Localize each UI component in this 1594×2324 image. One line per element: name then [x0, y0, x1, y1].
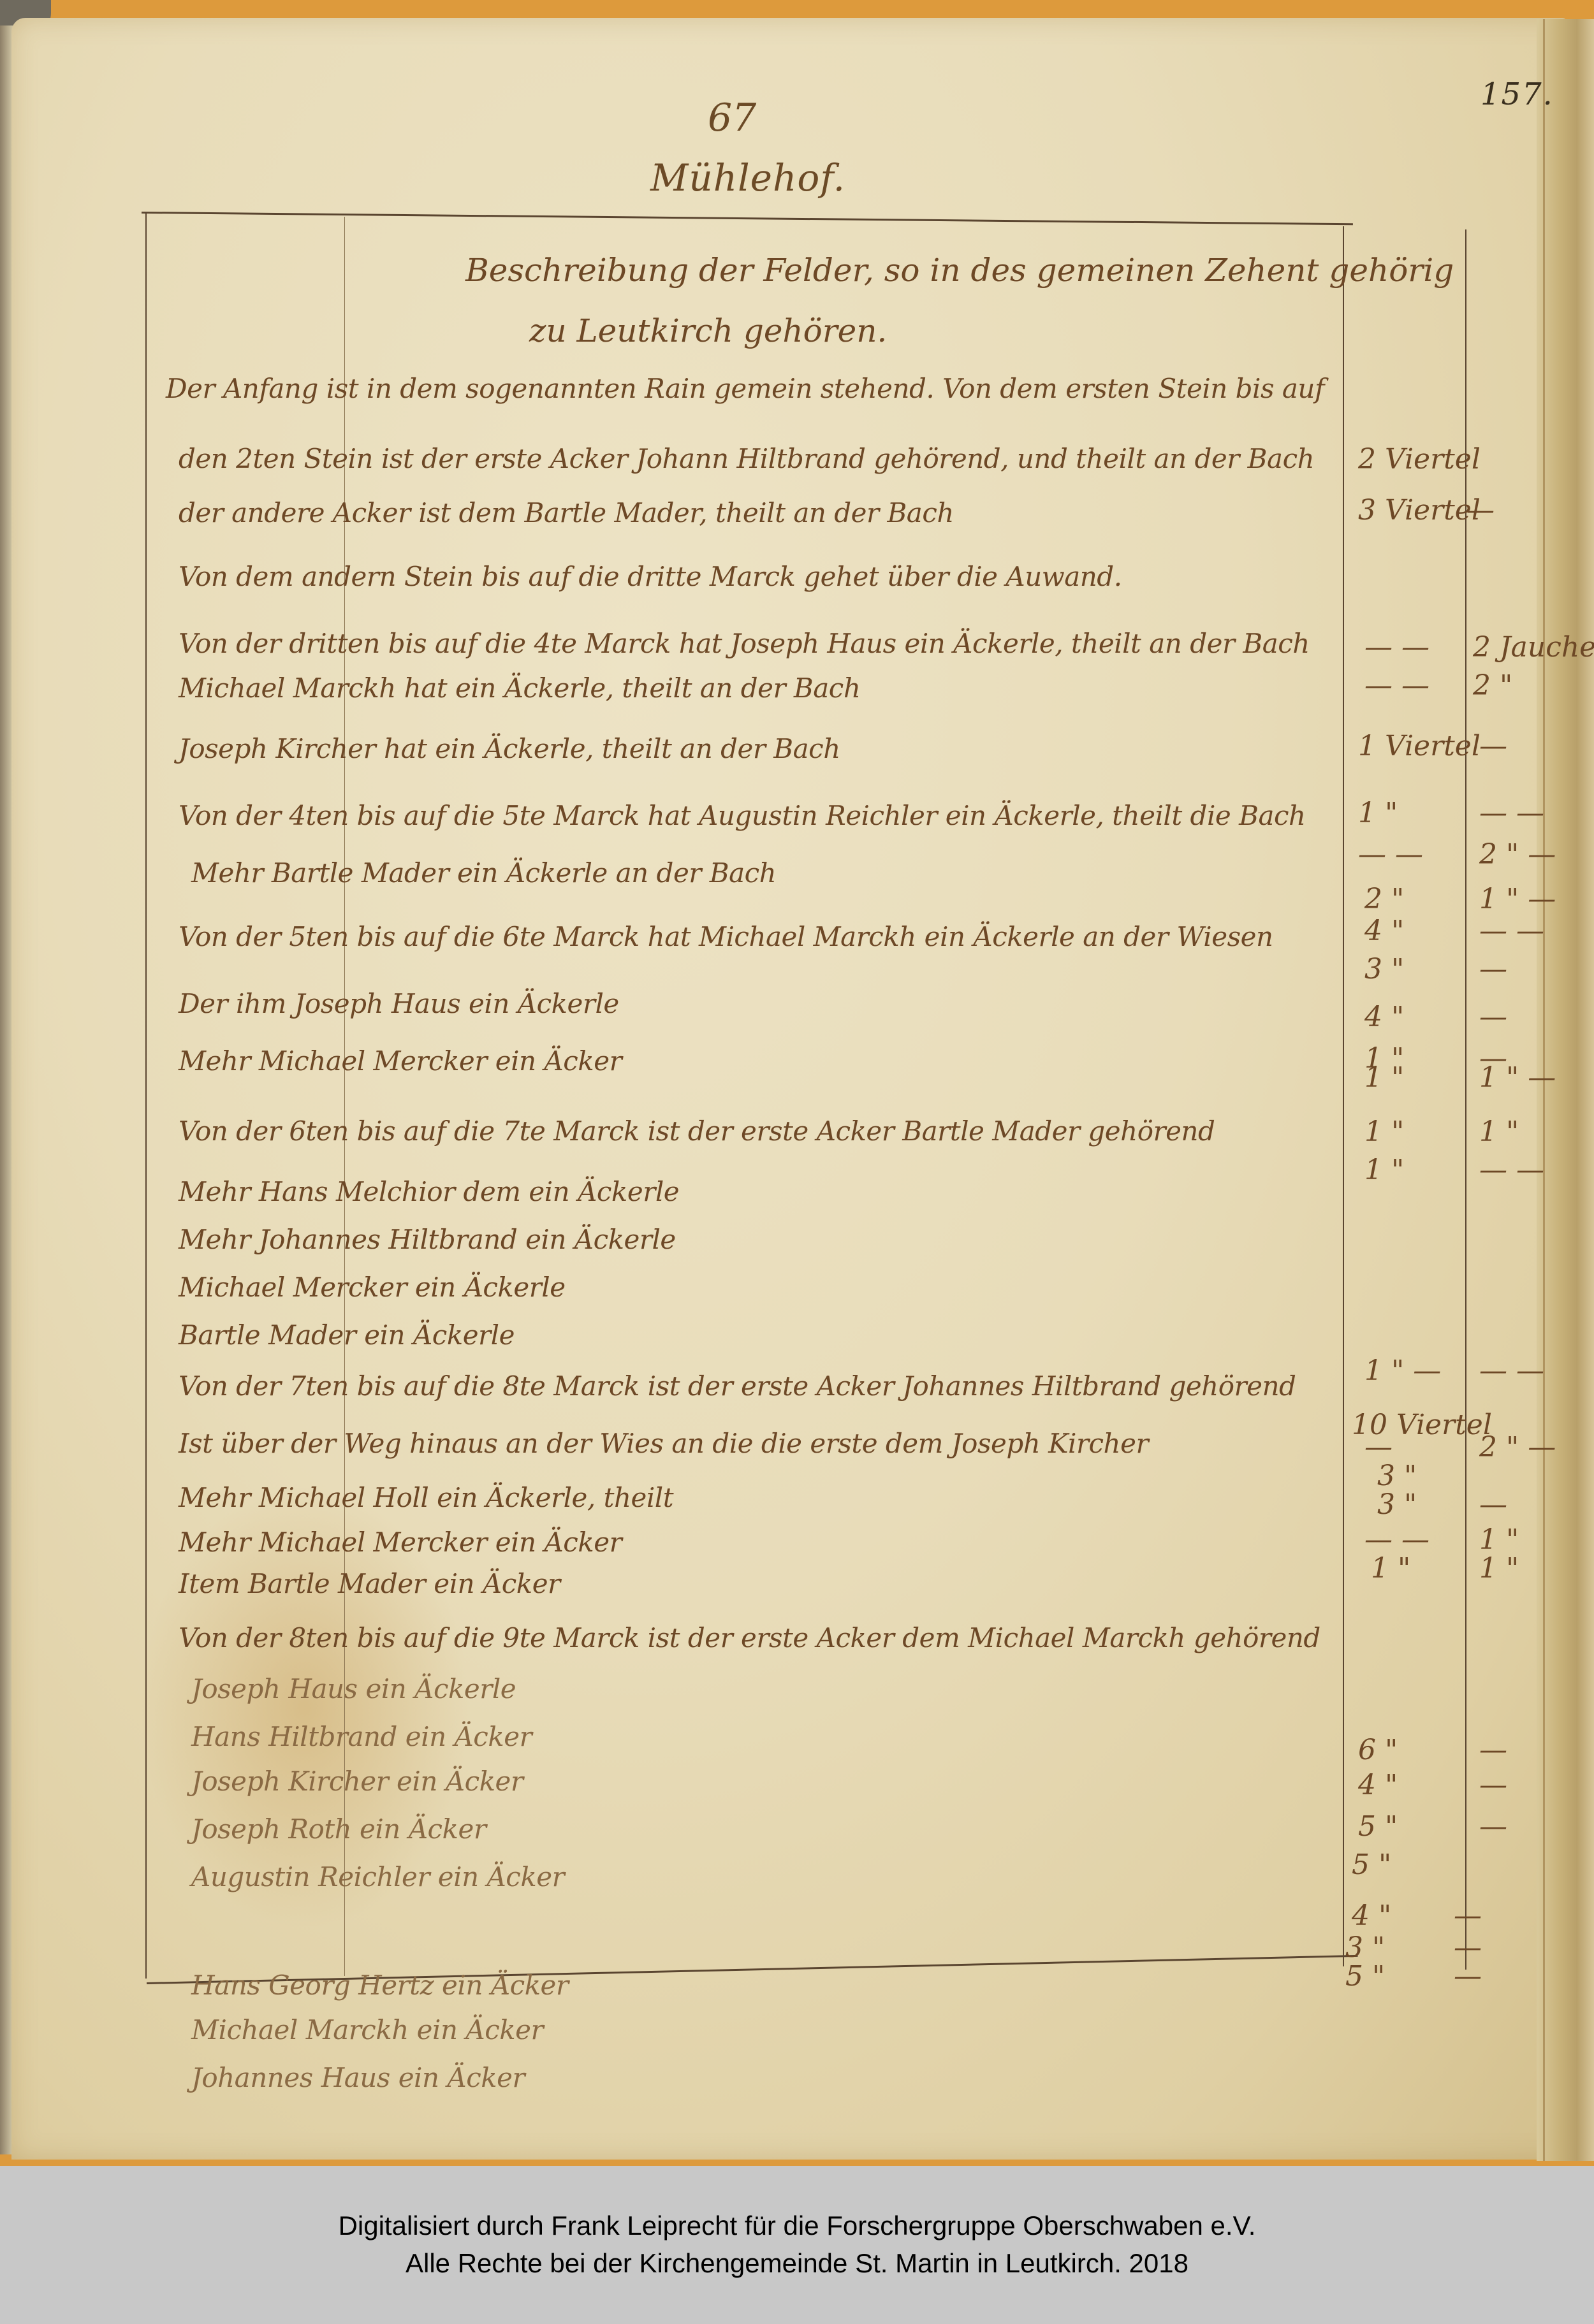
row-measure: 2 Jauchert: [1473, 631, 1594, 664]
table-row: Der Anfang ist in dem sogenannten Rain g…: [166, 373, 1324, 404]
row-quantity: 2 Viertel: [1358, 443, 1481, 476]
table-row: Der ihm Joseph Haus ein Äckerle: [179, 988, 619, 1019]
table-row: Mehr Bartle Mader ein Äckerle an der Bac…: [191, 857, 776, 889]
table-heading-line-2: zu Leutkirch gehören.: [529, 312, 887, 349]
table-row: Von der 5ten bis auf die 6te Marck hat M…: [179, 921, 1273, 952]
row-quantity: 4 ": [1358, 1769, 1398, 1801]
row-measure: 1 " —: [1479, 883, 1556, 915]
row-measure: —: [1479, 953, 1507, 985]
table-row: Mehr Michael Mercker ein Äcker: [179, 1045, 622, 1077]
quantity-column-rule: [1343, 226, 1344, 1966]
row-quantity: 5 ": [1358, 1810, 1398, 1843]
row-quantity: 1 ": [1371, 1552, 1410, 1585]
row-quantity: 3 ": [1364, 953, 1404, 985]
table-row: Johannes Haus ein Äcker: [191, 2062, 525, 2093]
row-measure: —: [1479, 1810, 1507, 1843]
row-quantity: — —: [1358, 838, 1423, 871]
row-measure: — —: [1479, 915, 1544, 947]
row-measure: 1 " —: [1479, 1061, 1556, 1094]
credit-caption: Digitalisiert durch Frank Leiprecht für …: [0, 2166, 1594, 2324]
row-measure: —: [1454, 1931, 1482, 1964]
row-quantity: 4 ": [1364, 1001, 1404, 1033]
row-quantity: 4 ": [1364, 915, 1404, 947]
table-row: Hans Hiltbrand ein Äcker: [191, 1721, 532, 1752]
row-quantity: 1 " —: [1364, 1354, 1441, 1387]
table-row: Joseph Haus ein Äckerle: [191, 1673, 516, 1704]
row-measure: —: [1479, 1001, 1507, 1033]
table-row: den 2ten Stein ist der erste Acker Johan…: [179, 443, 1314, 474]
table-row: Bartle Mader ein Äckerle: [179, 1319, 515, 1351]
row-measure: 2 " —: [1479, 1431, 1556, 1463]
description-left-rule: [344, 217, 345, 1976]
margin-column-rule: [145, 213, 147, 1979]
row-quantity: — —: [1364, 631, 1429, 664]
row-quantity: 2 ": [1364, 883, 1404, 915]
table-row: Von dem andern Stein bis auf die dritte …: [179, 561, 1122, 592]
manuscript-photo: 157. 67 Mühlehof. Beschreibung der Felde…: [0, 0, 1594, 2166]
table-row: Mehr Johannes Hiltbrand ein Äckerle: [179, 1224, 676, 1255]
table-row: Von der dritten bis auf die 4te Marck ha…: [179, 628, 1310, 659]
row-measure: —: [1479, 1488, 1507, 1521]
table-row: Joseph Kircher ein Äcker: [191, 1766, 523, 1797]
table-row: Von der 6ten bis auf die 7te Marck ist d…: [179, 1115, 1215, 1147]
row-measure: — —: [1479, 1154, 1544, 1186]
folio-number: 157.: [1481, 76, 1554, 112]
table-row: Ist über der Weg hinaus an der Wies an d…: [179, 1428, 1148, 1459]
table-row: Item Bartle Mader ein Äcker: [179, 1568, 560, 1599]
table-row: der andere Acker ist dem Bartle Mader, t…: [179, 497, 954, 528]
table-heading-line-1: Beschreibung der Felder, so in des gemei…: [465, 252, 1454, 289]
row-measure: —: [1454, 1899, 1482, 1932]
table-row: Von der 7ten bis auf die 8te Marck ist d…: [179, 1370, 1296, 1402]
table-row: Augustin Reichler ein Äcker: [191, 1861, 564, 1892]
credit-line-1: Digitalisiert durch Frank Leiprecht für …: [339, 2207, 1256, 2245]
row-quantity: 1 ": [1364, 1061, 1404, 1094]
table-row: Mehr Michael Mercker ein Äcker: [179, 1527, 622, 1558]
row-quantity: 5 ": [1352, 1848, 1391, 1881]
row-measure: 1 ": [1479, 1115, 1519, 1148]
table-row: Joseph Roth ein Äcker: [191, 1813, 486, 1845]
measure-column-rule: [1465, 229, 1466, 1970]
row-quantity: 4 ": [1352, 1899, 1391, 1932]
row-quantity: — —: [1364, 669, 1429, 702]
table-row: Michael Marckh ein Äcker: [191, 2014, 543, 2045]
row-measure: —: [1479, 1734, 1507, 1766]
row-quantity: 1 Viertel: [1358, 730, 1481, 762]
row-quantity: 1 ": [1358, 797, 1398, 829]
row-measure: 2 " —: [1479, 838, 1556, 871]
table-row: Von der 4ten bis auf die 5te Marck hat A…: [179, 800, 1306, 831]
row-measure: — —: [1479, 1354, 1544, 1387]
row-quantity: 5 ": [1345, 1960, 1385, 1993]
row-measure: —: [1466, 494, 1495, 527]
row-quantity: 3 ": [1377, 1460, 1417, 1492]
row-quantity: 3 Viertel: [1358, 494, 1481, 527]
row-measure: 2 ": [1473, 669, 1512, 702]
row-measure: 1 ": [1479, 1552, 1519, 1585]
place-title: Mühlehof.: [650, 156, 845, 200]
row-quantity: 1 ": [1364, 1154, 1404, 1186]
table-row: Mehr Hans Melchior dem ein Äckerle: [179, 1176, 679, 1207]
row-quantity: — —: [1364, 1523, 1429, 1556]
table-row: Michael Marckh hat ein Äckerle, theilt a…: [179, 672, 860, 704]
row-measure: 1 ": [1479, 1523, 1519, 1556]
credit-line-2: Alle Rechte bei der Kirchengemeinde St. …: [406, 2245, 1188, 2283]
row-quantity: 3 ": [1377, 1488, 1417, 1521]
row-quantity: —: [1364, 1431, 1393, 1463]
row-quantity: 6 ": [1358, 1734, 1398, 1766]
row-measure: —: [1454, 1960, 1482, 1993]
row-measure: —: [1479, 1769, 1507, 1801]
table-row: Von der 8ten bis auf die 9te Marck ist d…: [179, 1622, 1320, 1653]
row-measure: — —: [1479, 797, 1544, 829]
row-quantity: 1 ": [1364, 1115, 1404, 1148]
row-measure: —: [1479, 730, 1507, 762]
sheet-number: 67: [708, 96, 756, 140]
table-row: Michael Mercker ein Äckerle: [179, 1272, 566, 1303]
table-row: Joseph Kircher hat ein Äckerle, theilt a…: [179, 733, 840, 764]
table-row: Mehr Michael Holl ein Äckerle, theilt: [179, 1482, 673, 1513]
table-row: Hans Georg Hertz ein Äcker: [191, 1970, 568, 2001]
row-quantity: 3 ": [1345, 1931, 1385, 1964]
